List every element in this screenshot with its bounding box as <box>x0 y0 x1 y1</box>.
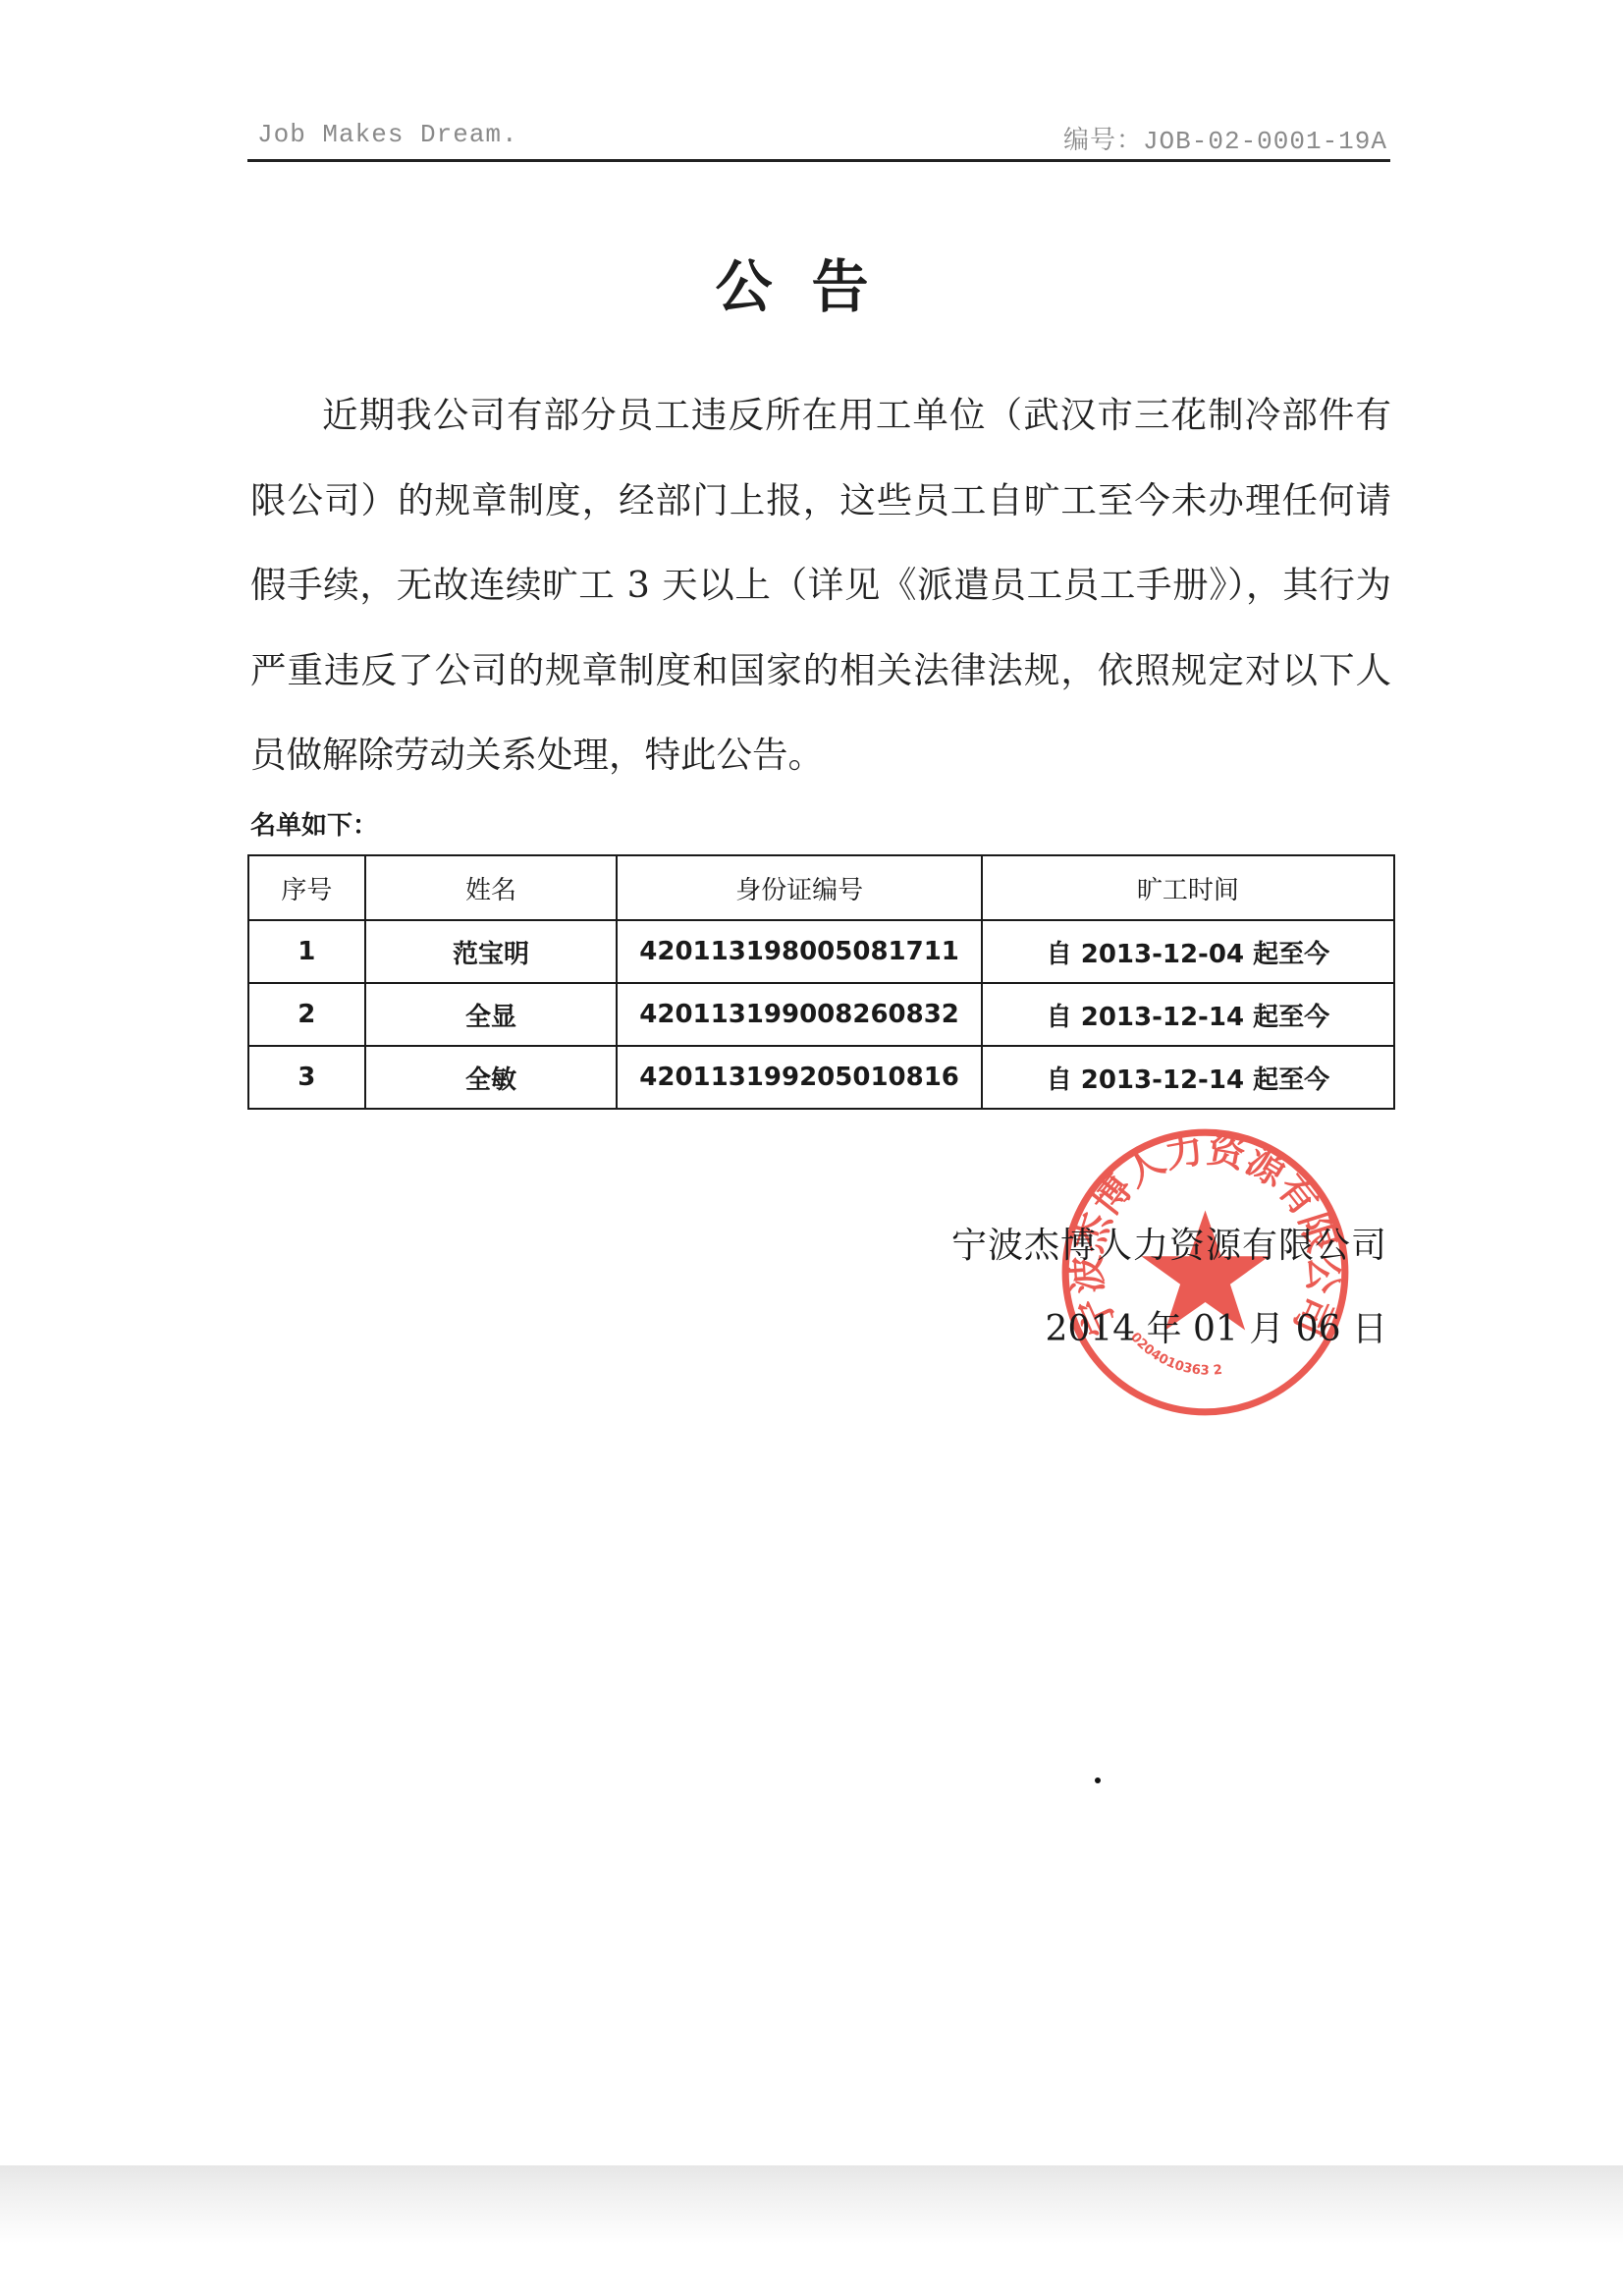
table-header-row: 序号 姓名 身份证编号 旷工时间 <box>248 855 1394 920</box>
cell-index: 1 <box>248 920 365 983</box>
list-label: 名单如下： <box>250 805 378 842</box>
cell-index: 3 <box>248 1046 365 1109</box>
notice-body: 近期我公司有部分员工违反所在用工单位（武汉市三花制冷部件有限公司）的规章制度，经… <box>250 373 1391 798</box>
signature-company: 宁波杰博人力资源有限公司 <box>951 1218 1387 1268</box>
header-doc-number: 编号：JOB-02-0001-19A <box>1063 120 1387 156</box>
page-title: 公告 <box>0 241 1623 323</box>
cell-index: 2 <box>248 983 365 1046</box>
header-slogan: Job Makes Dream. <box>257 120 518 149</box>
cell-name: 全敏 <box>365 1046 618 1109</box>
notice-paragraph: 近期我公司有部分员工违反所在用工单位（武汉市三花制冷部件有限公司）的规章制度，经… <box>250 373 1391 798</box>
signature-date: 2014 年 01 月 06 日 <box>1046 1301 1387 1351</box>
cell-id: 420113199205010816 <box>617 1046 981 1109</box>
col-header-id: 身份证编号 <box>617 855 981 920</box>
cell-id: 420113198005081711 <box>617 920 981 983</box>
col-header-absence: 旷工时间 <box>982 855 1394 920</box>
cell-id: 420113199008260832 <box>617 983 981 1046</box>
col-header-name: 姓名 <box>365 855 618 920</box>
scan-speck <box>1095 1777 1101 1783</box>
table-row: 2 全显 420113199008260832 自 2013-12-14 起至今 <box>248 983 1394 1046</box>
col-header-index: 序号 <box>248 855 365 920</box>
table-row: 1 范宝明 420113198005081711 自 2013-12-04 起至… <box>248 920 1394 983</box>
table-row: 3 全敏 420113199205010816 自 2013-12-14 起至今 <box>248 1046 1394 1109</box>
cell-absence: 自 2013-12-14 起至今 <box>982 983 1394 1046</box>
dismissal-table: 序号 姓名 身份证编号 旷工时间 1 范宝明 42011319800508171… <box>247 854 1395 1110</box>
cell-name: 全显 <box>365 983 618 1046</box>
header-rule <box>247 159 1390 162</box>
company-seal: 宁波杰博人力资源有限公司 0204010363 2 <box>1055 1122 1355 1422</box>
cell-absence: 自 2013-12-04 起至今 <box>982 920 1394 983</box>
document-page: Job Makes Dream. 编号：JOB-02-0001-19A 公告 近… <box>0 0 1623 2296</box>
cell-name: 范宝明 <box>365 920 618 983</box>
scan-edge <box>0 2165 1623 2296</box>
cell-absence: 自 2013-12-14 起至今 <box>982 1046 1394 1109</box>
